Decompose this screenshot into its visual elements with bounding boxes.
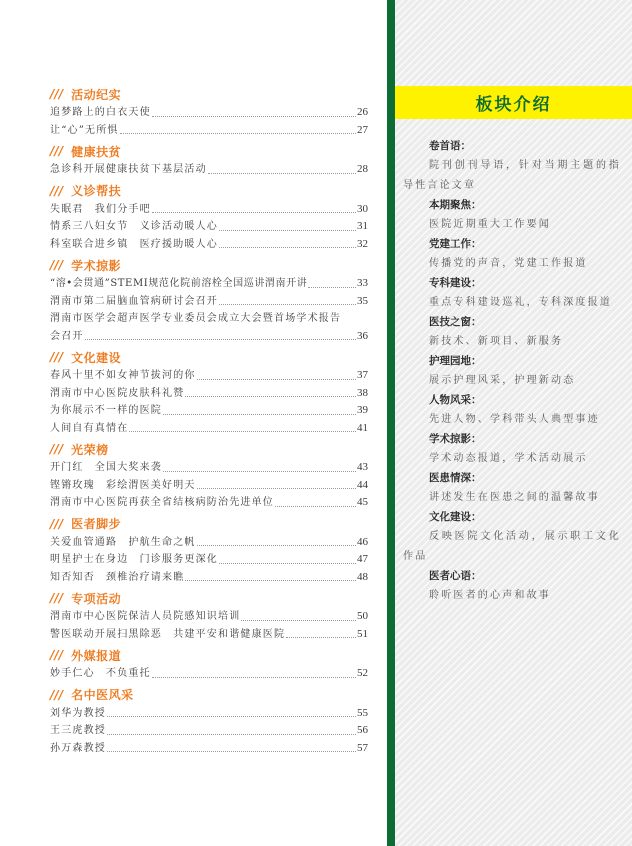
entry-page-number: 33 — [357, 275, 368, 293]
dot-leader — [219, 297, 356, 305]
entry-page-number: 51 — [357, 626, 368, 644]
intro-description: 先进人物、学科带头人典型事迹 — [403, 410, 621, 430]
intro-heading: 医技之窗： — [403, 313, 621, 332]
entry-title-continued: 会召开 — [50, 328, 84, 346]
section-heading-label: 文化建设 — [71, 349, 121, 366]
magazine-contents-page: /// 活动纪实 追梦路上的白衣天使 26 让“心”无所惧 27 /// 健康扶… — [0, 0, 632, 846]
dot-leader — [308, 280, 356, 288]
intro-description: 反映医院文化活动，展示职工文化作品 — [403, 527, 621, 567]
entry-title: 情系三八妇女节 义诊活动暖人心 — [50, 218, 218, 236]
intro-description: 重点专科建设巡礼，专科深度报道 — [403, 293, 621, 313]
entry-title: 王三虎教授 — [50, 722, 106, 740]
toc-entry-wrapped[interactable]: 渭南市医学会超声医学专业委员会成立大会暨首场学术报告 — [50, 310, 368, 328]
intro-list: 卷首语： 院刊创刊导语，针对当期主题的指导性言论文章 本期聚焦： 医院近期重大工… — [403, 137, 621, 606]
entry-page-number: 50 — [357, 608, 368, 626]
toc-entry[interactable]: 失眠君 我们分手吧 30 — [50, 201, 368, 219]
intro-heading: 党建工作： — [403, 235, 621, 254]
intro-item: 专科建设： 重点专科建设巡礼，专科深度报道 — [403, 274, 621, 313]
entry-title: 渭南市中心医院保洁人员院感知识培训 — [50, 608, 240, 626]
dot-leader — [152, 670, 356, 678]
dot-leader — [219, 223, 356, 231]
toc-entry[interactable]: 妙手仁心 不负重托 52 — [50, 665, 368, 683]
dot-leader — [185, 573, 356, 581]
toc-section: /// 光荣榜 开门红 全国大奖来袭 43 铿锵玫瑰 彩绘渭医美好明天 44 渭… — [50, 439, 368, 512]
dot-leader — [152, 109, 356, 117]
intro-description: 学术动态报道，学术活动展示 — [403, 449, 621, 469]
toc-entry[interactable]: 渭南市第二届脑血管病研讨会召开 35 — [50, 293, 368, 311]
entry-page-number: 36 — [357, 328, 368, 346]
slash-marker-icon: /// — [50, 688, 63, 702]
entry-page-number: 32 — [357, 236, 368, 254]
intro-heading: 学术掠影： — [403, 430, 621, 449]
section-heading-label: 医者脚步 — [71, 515, 121, 532]
section-heading-label: 活动纪实 — [71, 86, 121, 103]
slash-marker-icon: /// — [50, 648, 63, 662]
toc-entry[interactable]: 渭南市中心医院皮肤科礼赞 38 — [50, 385, 368, 403]
toc-entry[interactable]: 警医联动开展扫黑除恶 共建平安和谐健康医院 51 — [50, 626, 368, 644]
entry-title: 急诊科开展健康扶贫下基层活动 — [50, 161, 207, 179]
entry-title: 明星护士在身边 门诊服务更深化 — [50, 551, 218, 569]
section-heading: /// 光荣榜 — [50, 439, 368, 459]
entry-title: 渭南市中心医院再获全省结核病防治先进单位 — [50, 494, 274, 512]
intro-item: 党建工作： 传播党的声音，党建工作报道 — [403, 235, 621, 274]
entry-page-number: 39 — [357, 402, 368, 420]
entry-page-number: 27 — [357, 122, 368, 140]
entry-title: 为你展示不一样的医院 — [50, 402, 162, 420]
section-heading-label: 光荣榜 — [71, 441, 109, 458]
section-heading: /// 名中医风采 — [50, 685, 368, 705]
entry-page-number: 28 — [357, 161, 368, 179]
toc-entry[interactable]: 情系三八妇女节 义诊活动暖人心 31 — [50, 218, 368, 236]
entry-page-number: 46 — [357, 534, 368, 552]
toc-entry[interactable]: 孙万森教授 57 — [50, 740, 368, 758]
dot-leader — [219, 556, 356, 564]
intro-item: 文化建设： 反映医院文化活动，展示职工文化作品 — [403, 508, 621, 567]
entry-page-number: 26 — [357, 104, 368, 122]
section-heading-label: 名中医风采 — [71, 686, 134, 703]
entry-title: 渭南市医学会超声医学专业委员会成立大会暨首场学术报告 — [50, 310, 341, 328]
intro-description: 讲述发生在医患之间的温馨故事 — [403, 488, 621, 508]
dot-leader — [185, 389, 356, 397]
intro-description: 聆听医者的心声和故事 — [403, 586, 621, 606]
dot-leader — [152, 205, 356, 213]
slash-marker-icon: /// — [50, 258, 63, 272]
dot-leader — [163, 464, 356, 472]
entry-page-number: 31 — [357, 218, 368, 236]
entry-page-number: 35 — [357, 293, 368, 311]
intro-heading: 专科建设： — [403, 274, 621, 293]
toc-section: /// 健康扶贫 急诊科开展健康扶贫下基层活动 28 — [50, 141, 368, 179]
toc-entry[interactable]: 王三虎教授 56 — [50, 722, 368, 740]
intro-item: 学术掠影： 学术动态报道，学术活动展示 — [403, 430, 621, 469]
entry-page-number: 55 — [357, 705, 368, 723]
dot-leader — [208, 166, 356, 174]
toc-section: /// 学术掠影 “溶•会贯通”STEMI规范化院前溶栓全国巡讲渭南开讲 33 … — [50, 255, 368, 345]
entry-page-number: 44 — [357, 477, 368, 495]
dot-leader — [197, 538, 356, 546]
section-heading: /// 学术掠影 — [50, 255, 368, 275]
intro-description: 新技术、新项目、新服务 — [403, 332, 621, 352]
entry-title: “溶•会贯通”STEMI规范化院前溶栓全国巡讲渭南开讲 — [50, 275, 307, 293]
toc-entry[interactable]: 让“心”无所惧 27 — [50, 122, 368, 140]
entry-page-number: 45 — [357, 494, 368, 512]
dot-leader — [107, 709, 356, 717]
toc-entry[interactable]: 关爱血管通路 护航生命之帆 46 — [50, 534, 368, 552]
dot-leader — [85, 332, 356, 340]
toc-entry[interactable]: 急诊科开展健康扶贫下基层活动 28 — [50, 161, 368, 179]
section-heading-label: 外媒报道 — [71, 647, 121, 664]
entry-title: 让“心”无所惧 — [50, 122, 119, 140]
entry-title: 开门红 全国大奖来袭 — [50, 459, 162, 477]
panel-banner-title: 板块介绍 — [476, 90, 552, 115]
toc-entry[interactable]: 人间自有真情在 41 — [50, 420, 368, 438]
toc-section: /// 医者脚步 关爱血管通路 护航生命之帆 46 明星护士在身边 门诊服务更深… — [50, 514, 368, 587]
toc-section: /// 外媒报道 妙手仁心 不负重托 52 — [50, 645, 368, 683]
section-heading: /// 义诊帮扶 — [50, 181, 368, 201]
dot-leader — [286, 630, 356, 638]
toc-entry-continued[interactable]: 会召开 36 — [50, 328, 368, 346]
entry-page-number: 37 — [357, 367, 368, 385]
intro-item: 人物风采： 先进人物、学科带头人典型事迹 — [403, 391, 621, 430]
intro-item: 医患情深： 讲述发生在医患之间的温馨故事 — [403, 469, 621, 508]
intro-heading: 护理园地： — [403, 352, 621, 371]
intro-heading: 卷首语： — [403, 137, 621, 156]
entry-title: 失眠君 我们分手吧 — [50, 201, 151, 219]
toc-entry[interactable]: 渭南市中心医院再获全省结核病防治先进单位 45 — [50, 494, 368, 512]
section-heading: /// 外媒报道 — [50, 645, 368, 665]
section-heading-label: 义诊帮扶 — [71, 182, 121, 199]
entry-title: 铿锵玫瑰 彩绘渭医美好明天 — [50, 477, 196, 495]
intro-heading: 医者心语： — [403, 567, 621, 586]
entry-title: 妙手仁心 不负重托 — [50, 665, 151, 683]
dot-leader — [241, 613, 356, 621]
intro-item: 护理园地： 展示护理风采，护理新动态 — [403, 352, 621, 391]
slash-marker-icon: /// — [50, 184, 63, 198]
toc-section: /// 义诊帮扶 失眠君 我们分手吧 30 情系三八妇女节 义诊活动暖人心 31… — [50, 181, 368, 254]
table-of-contents: /// 活动纪实 追梦路上的白衣天使 26 让“心”无所惧 27 /// 健康扶… — [50, 84, 368, 759]
entry-title: 关爱血管通路 护航生命之帆 — [50, 534, 196, 552]
section-heading-label: 专项活动 — [71, 590, 121, 607]
entry-title: 科室联合进乡镇 医疗援助暖人心 — [50, 236, 218, 254]
entry-page-number: 43 — [357, 459, 368, 477]
entry-page-number: 56 — [357, 722, 368, 740]
intro-description: 医院近期重大工作要闻 — [403, 215, 621, 235]
entry-title: 渭南市中心医院皮肤科礼赞 — [50, 385, 184, 403]
toc-section: /// 文化建设 春风十里不如女神节拔河的你 37 渭南市中心医院皮肤科礼赞 3… — [50, 347, 368, 437]
section-heading: /// 文化建设 — [50, 347, 368, 367]
section-heading-label: 健康扶贫 — [71, 143, 121, 160]
entry-page-number: 30 — [357, 201, 368, 219]
section-heading: /// 专项活动 — [50, 588, 368, 608]
entry-page-number: 38 — [357, 385, 368, 403]
entry-title: 孙万森教授 — [50, 740, 106, 758]
slash-marker-icon: /// — [50, 87, 63, 101]
entry-title: 警医联动开展扫黑除恶 共建平安和谐健康医院 — [50, 626, 285, 644]
toc-entry[interactable]: 开门红 全国大奖来袭 43 — [50, 459, 368, 477]
intro-description: 传播党的声音，党建工作报道 — [403, 254, 621, 274]
dot-leader — [197, 372, 356, 380]
entry-title: 人间自有真情在 — [50, 420, 128, 438]
dot-leader — [120, 126, 356, 134]
entry-page-number: 41 — [357, 420, 368, 438]
intro-item: 本期聚焦： 医院近期重大工作要闻 — [403, 196, 621, 235]
green-divider-bar — [387, 0, 395, 846]
slash-marker-icon: /// — [50, 591, 63, 605]
toc-section: /// 专项活动 渭南市中心医院保洁人员院感知识培训 50 警医联动开展扫黑除恶… — [50, 588, 368, 643]
dot-leader — [107, 744, 356, 752]
entry-title: 刘华为教授 — [50, 705, 106, 723]
entry-title: 知否知否 颈椎治疗请来瞧 — [50, 569, 184, 587]
entry-page-number: 48 — [357, 569, 368, 587]
section-heading: /// 医者脚步 — [50, 514, 368, 534]
entry-page-number: 57 — [357, 740, 368, 758]
intro-item: 医者心语： 聆听医者的心声和故事 — [403, 567, 621, 606]
toc-entry[interactable]: 刘华为教授 55 — [50, 705, 368, 723]
toc-entry[interactable]: 为你展示不一样的医院 39 — [50, 402, 368, 420]
panel-banner: 板块介绍 — [395, 86, 632, 119]
toc-entry[interactable]: 春风十里不如女神节拔河的你 37 — [50, 367, 368, 385]
toc-entry[interactable]: 铿锵玫瑰 彩绘渭医美好明天 44 — [50, 477, 368, 495]
slash-marker-icon: /// — [50, 350, 63, 364]
toc-section: /// 名中医风采 刘华为教授 55 王三虎教授 56 孙万森教授 57 — [50, 685, 368, 758]
intro-heading: 医患情深： — [403, 469, 621, 488]
section-heading: /// 活动纪实 — [50, 84, 368, 104]
intro-heading: 文化建设： — [403, 508, 621, 527]
toc-entry[interactable]: “溶•会贯通”STEMI规范化院前溶栓全国巡讲渭南开讲 33 — [50, 275, 368, 293]
dot-leader — [107, 727, 356, 735]
intro-heading: 本期聚焦： — [403, 196, 621, 215]
slash-marker-icon: /// — [50, 517, 63, 531]
dot-leader — [197, 481, 356, 489]
entry-title: 追梦路上的白衣天使 — [50, 104, 151, 122]
section-intro-panel: 板块介绍 卷首语： 院刊创刊导语，针对当期主题的指导性言论文章 本期聚焦： 医院… — [395, 0, 632, 846]
section-heading-label: 学术掠影 — [71, 257, 121, 274]
toc-entry[interactable]: 知否知否 颈椎治疗请来瞧 48 — [50, 569, 368, 587]
intro-item: 医技之窗： 新技术、新项目、新服务 — [403, 313, 621, 352]
section-heading: /// 健康扶贫 — [50, 141, 368, 161]
dot-leader — [275, 499, 356, 507]
intro-description: 院刊创刊导语，针对当期主题的指导性言论文章 — [403, 156, 621, 196]
entry-page-number: 47 — [357, 551, 368, 569]
toc-entry[interactable]: 渭南市中心医院保洁人员院感知识培训 50 — [50, 608, 368, 626]
toc-section: /// 活动纪实 追梦路上的白衣天使 26 让“心”无所惧 27 — [50, 84, 368, 139]
toc-entry[interactable]: 追梦路上的白衣天使 26 — [50, 104, 368, 122]
entry-title: 春风十里不如女神节拔河的你 — [50, 367, 196, 385]
slash-marker-icon: /// — [50, 442, 63, 456]
dot-leader — [129, 424, 356, 432]
intro-heading: 人物风采： — [403, 391, 621, 410]
entry-page-number: 52 — [357, 665, 368, 683]
intro-description: 展示护理风采，护理新动态 — [403, 371, 621, 391]
intro-item: 卷首语： 院刊创刊导语，针对当期主题的指导性言论文章 — [403, 137, 621, 196]
entry-title: 渭南市第二届脑血管病研讨会召开 — [50, 293, 218, 311]
dot-leader — [219, 240, 356, 248]
slash-marker-icon: /// — [50, 144, 63, 158]
toc-entry[interactable]: 明星护士在身边 门诊服务更深化 47 — [50, 551, 368, 569]
toc-entry[interactable]: 科室联合进乡镇 医疗援助暖人心 32 — [50, 236, 368, 254]
dot-leader — [163, 407, 356, 415]
